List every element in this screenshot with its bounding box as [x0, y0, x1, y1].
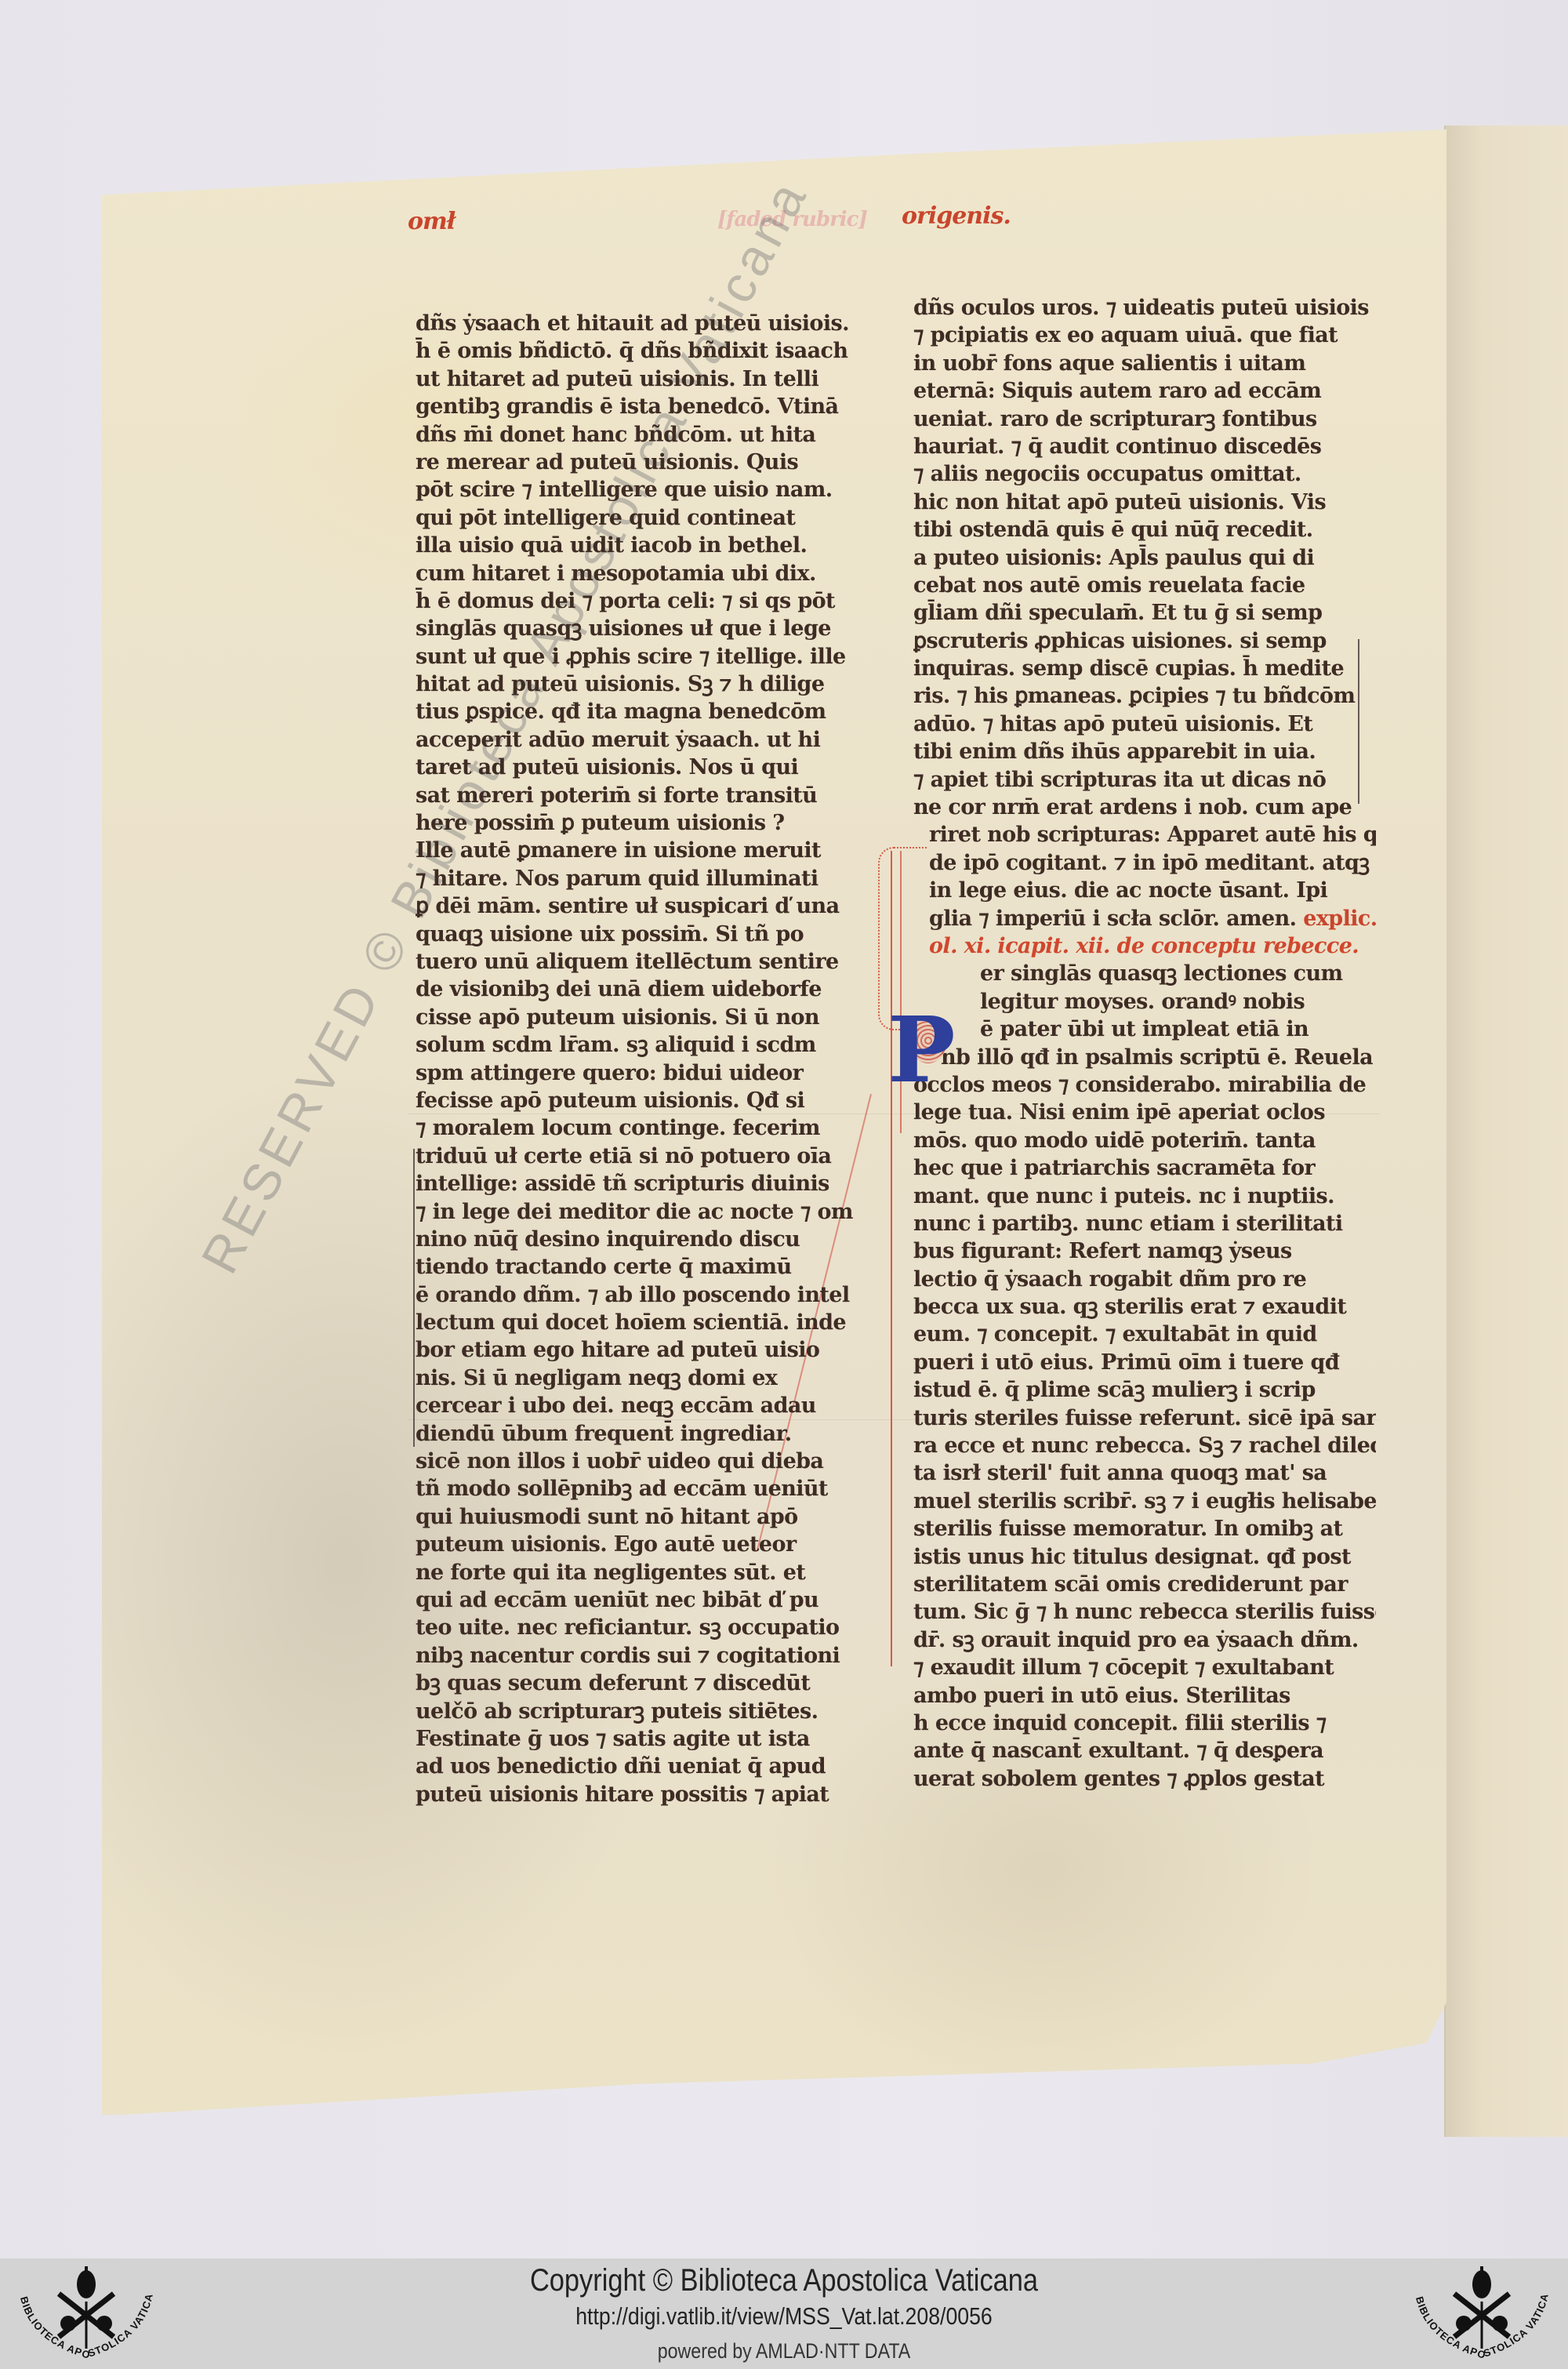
explicit-rubric: explic.	[1303, 907, 1376, 931]
text-line: cebat nos autē omis reuelata facie	[913, 572, 1376, 599]
text-line: ⁊ apiet tibi scripturas ita ut dicas nō	[913, 766, 1376, 794]
text-line: in lege eius. die ac nocte ūsant. Ipi	[913, 877, 1376, 904]
text-line: a puteo uisionis: Apl̄s paulus qui di	[913, 544, 1376, 572]
text-line: ueniat. raro de scripturarꝫ fontibus	[913, 405, 1376, 433]
text-line: bor etiam ego hitare ad puteū uisio	[416, 1336, 870, 1364]
margin-bracket-left	[413, 1149, 415, 1447]
text-line: quaqꝫ uisione uix possim̄. Si tñ po	[416, 921, 870, 948]
running-head-right: origenis.	[902, 202, 1011, 230]
text-line: hic non hitat apō puteū uisionis. Vis	[913, 489, 1376, 516]
text-line: dñs ẏsaach et hitauit ad puteū uisiois.	[416, 310, 870, 337]
text-line: sicē non illos i uobr̄ uideo qui dieba	[416, 1448, 870, 1475]
text-line: spm attingere quero: bidui uideor	[416, 1059, 870, 1087]
text-line: eternā: Siquis autem raro ad eccām	[913, 377, 1376, 405]
text-line: ē orando dñm. ⁊ ab illo poscendo intel	[416, 1281, 870, 1309]
text-line: ⁊ moralem locum continge. fecerim	[416, 1114, 870, 1142]
text-line: ne forte qui ita negligentes sūt. et	[416, 1559, 870, 1586]
text-line: ut hitaret ad puteū uisionis. In telli	[416, 365, 870, 393]
text-line: tius ꝑspice. qđ ita magna benedcōm	[416, 698, 870, 725]
text-line: dr̄. sꝫ orauit inquid pro ea ẏsaach dñm.	[913, 1626, 1376, 1654]
text-line: pōt scire ⁊ intelligere que uisio nam.	[416, 476, 870, 503]
text-line: solum scdm lr̄am. sꝫ aliquid i scdm	[416, 1031, 870, 1059]
vatican-library-seal-right: BIBLIOTECA APOSTOLICA VATICANA	[1399, 2262, 1564, 2364]
text-line: nunc i partibꝫ. nunc etiam i sterilitati	[913, 1210, 1376, 1237]
text-line: nibꝫ nacentur cordis sui ⁊ cogitationi	[416, 1642, 870, 1670]
text-line: acceperit adūo meruit ẏsaach. ut hi	[416, 726, 870, 754]
text-line: riret nob scripturas: Apparet autē his q	[913, 821, 1376, 848]
text-line: ambo pueri in utō eius. Sterilitas	[913, 1682, 1376, 1710]
text-line: taret ad puteū uisionis. Nos ū qui	[416, 754, 870, 781]
text-line: lectio q̄ ẏsaach rogabit dñm pro re	[913, 1266, 1376, 1293]
text-line: uerat sobolem gentes ⁊ ꝓplos gestat	[913, 1765, 1376, 1793]
text-line: turis steriles fuisse referunt. sicē ipā…	[913, 1404, 1376, 1432]
text-line: ra ecce et nunc rebecca. Sꝫ ⁊ rachel dil…	[913, 1432, 1376, 1459]
text-line: uelčō ab scripturarꝫ puteis sitiētes.	[416, 1698, 870, 1725]
text-line: in uobr̄ fons aque salientis i uitam	[913, 350, 1376, 377]
text-line: mant. que nunc i puteis. nc i nuptiis.	[913, 1183, 1376, 1210]
text-line: eum. ⁊ concepit. ⁊ exultabāt in quid	[913, 1321, 1376, 1348]
text-line: lege tua. Nisi enim ipē aperiat oclos	[913, 1099, 1376, 1126]
text-line: istis unus hic titulus designat. qđ post	[913, 1543, 1376, 1571]
text-line: bꝫ quas secum deferunt ⁊ discedūt	[416, 1670, 870, 1697]
text-line: bus figurant: Refert namqꝫ ẏseus	[913, 1237, 1376, 1265]
text-line: ē pater ūbi ut impleat etiā in	[913, 1016, 1376, 1043]
text-line: hitat ad puteū uisionis. Sꝫ ⁊ h dilige	[416, 670, 870, 698]
text-line: teo uite. nec reficiantur. sꝫ occupatio	[416, 1614, 870, 1641]
text-line: tñ modo sollēpnibꝫ ad eccām ueniūt	[416, 1475, 870, 1502]
copyright-footer: Copyright © Biblioteca Apostolica Vatica…	[0, 2258, 1568, 2369]
text-line: dñs m̄i donet hanc bñdcōm. ut hita	[416, 421, 870, 449]
text-line: h ecce inquid concepit. filii sterilis ⁊	[913, 1710, 1376, 1737]
text-line: ad uos benedictio dñi ueniat q̄ apud	[416, 1753, 870, 1780]
text-line: gentibꝫ grandis ē ista benedcō. Vtinā	[416, 393, 870, 420]
text-line: qui huiusmodi sunt nō hitant apō	[416, 1503, 870, 1531]
text-line: ris. ⁊ his ꝑmaneas. ꝑcipies ⁊ tu bñdcōm	[913, 682, 1376, 710]
papal-arms-icon: BIBLIOTECA APOSTOLICA VATICANA	[1399, 2262, 1564, 2364]
text-line: tuero unū aliquem itellēctum sentire	[416, 948, 870, 976]
text-line: ⁊ in lege dei meditor die ac nocte ⁊ om	[416, 1198, 870, 1226]
text-line: ne cor nrm̄ erat ardens i nob. cum ape	[913, 794, 1376, 821]
text-line-end: glia ⁊ imperiū i scła sclōr. amen.	[929, 907, 1296, 931]
text-line: ⁊ pcipiatis ex eo aquam uiuā. que fiat	[913, 322, 1376, 349]
text-line: re merear ad puteū uisionis. Quis	[416, 449, 870, 476]
text-line: lectum qui docet hoīem scientiā. inde	[416, 1309, 870, 1336]
text-line: mōs. quo modo uidē poterim̄. tanta	[913, 1127, 1376, 1154]
text-line: dñs oculos uros. ⁊ uideatis puteū uisioi…	[913, 294, 1376, 322]
text-line: adūo. ⁊ hitas apō puteū uisionis. Et	[913, 710, 1376, 738]
text-line: ꝑscruteris ꝓphicas uisiones. si semp	[913, 627, 1376, 655]
footer-powered-by: powered by AMLAD·NTT DATA	[110, 2339, 1458, 2364]
text-line: h̄ ē omis bñdictō. q̄ dñs bñdixit isaach	[416, 337, 870, 365]
text-line: cercear i ubo dei. neqꝫ eccām adau	[416, 1392, 870, 1419]
text-line: diendū ūbum frequent̄ ingrediar.	[416, 1420, 870, 1448]
text-line: ⁊ aliis negociis occupatus omittat.	[913, 460, 1376, 488]
text-line: sterilitatem scāi omis crediderunt par	[913, 1571, 1376, 1598]
text-line: ⁊ exaudit illum ⁊ cōcepit ⁊ exultabant	[913, 1654, 1376, 1681]
text-line: intellige: assidē tñ scripturis diuinis	[416, 1170, 870, 1197]
text-line: nb illō qđ in psalmis scriptū ē. Reuela	[913, 1044, 1376, 1071]
footer-copyright-title: Copyright © Biblioteca Apostolica Vatica…	[110, 2263, 1458, 2298]
running-head-left: omł	[408, 208, 455, 235]
text-line: tum. Sic ḡ ⁊ h nunc rebecca sterilis fui…	[913, 1598, 1376, 1626]
vatican-library-seal-left: BIBLIOTECA APOSTOLICA VATICANA	[4, 2262, 169, 2364]
text-line: ante q̄ nascant̄ exultant. ⁊ q̄ desꝑera	[913, 1737, 1376, 1764]
text-line: becca ux sua. qꝫ sterilis erat ⁊ exaudit	[913, 1293, 1376, 1321]
text-line: sat mereri poterim̄ si forte transitū	[416, 782, 870, 809]
text-line: Festinate ḡ uos ⁊ satis agite ut ista	[416, 1725, 870, 1753]
text-line: sunt uł que i ꝓphis scire ⁊ itellige. il…	[416, 643, 870, 670]
text-line: tiendo tractando certe q̄ maximū	[416, 1253, 870, 1281]
text-line: qui ad eccām ueniūt nec bibāt ď pu	[416, 1586, 870, 1614]
text-line: singlās quasqꝫ uisiones uł que i lege	[416, 615, 870, 642]
papal-arms-icon: BIBLIOTECA APOSTOLICA VATICANA	[4, 2262, 169, 2364]
chapter-rubric: ol. xi. icapit. xii. de conceptu rebecce…	[913, 932, 1376, 960]
text-line: de visionibꝫ dei unā diem uideborfe	[416, 976, 870, 1003]
text-line: hauriat. ⁊ q̄ audit continuo discedēs	[913, 433, 1376, 460]
text-line: glia ⁊ imperiū i scła sclōr. amen. expli…	[913, 905, 1376, 932]
text-column-left: dñs ẏsaach et hitauit ad puteū uisiois. …	[416, 310, 870, 1808]
decorated-initial: P	[887, 1008, 954, 1094]
text-line: triduū uł certe etiā si nō potuero oīa	[416, 1143, 870, 1170]
text-line: inquiras. semp discē cupias. h̄ medite	[913, 655, 1376, 682]
text-line: pueri i utō eius. Primū oīm i tuere qđ	[913, 1349, 1376, 1376]
text-line: gl̄iam dñi speculam̄. Et tu ḡ si semp	[913, 599, 1376, 627]
text-line: puteum uisionis. Ego autē ueteor	[416, 1531, 870, 1558]
facing-page-edge: ŋ	[1444, 125, 1568, 2137]
text-line: istud ē. q̄ plime scāꝫ mulierꝫ i scrip	[913, 1376, 1376, 1404]
text-line: cisse apō puteum uisionis. Si ū non	[416, 1004, 870, 1031]
text-line: de ipō cogitant. ⁊ in ipō meditant. atqꝫ	[913, 849, 1376, 877]
text-line: qui pōt intelligere quid contineat	[416, 504, 870, 532]
text-column-right: dñs oculos uros. ⁊ uideatis puteū uisioi…	[913, 294, 1376, 1793]
text-line: legitur moyses. orandꝰ nobis	[913, 988, 1376, 1016]
text-line: here possim̄ ꝑ puteum uisionis ?	[416, 809, 870, 837]
text-line: Ille autē ꝑmanere in uisione meruit	[416, 837, 870, 864]
text-line: nis. Si ū negligam neqꝫ domi ex	[416, 1364, 870, 1392]
text-line: tibi enim dñs ihūs apparebit in uia.	[913, 738, 1376, 765]
text-line: illa uisio quā uidit iacob in bethel.	[416, 532, 870, 559]
text-line: cum hitaret i mesopotamia ubi dix.	[416, 560, 870, 587]
text-line: occlos meos ⁊ considerabo. mirabilia de	[913, 1071, 1376, 1099]
text-line: fecisse apō puteum uisionis. Qđ si	[416, 1087, 870, 1114]
text-line: ꝑ dēi mām. sentire uł suspicari ď una	[416, 892, 870, 920]
text-line: hec que i patriarchis sacramēta for	[913, 1154, 1376, 1182]
text-line: sterilis fuisse memoratur. In omibꝫ at	[913, 1515, 1376, 1542]
text-line: muel sterilis scribr̄. sꝫ ⁊ i eugł̄is he…	[913, 1488, 1376, 1515]
text-line: er singlās quasqꝫ lectiones cum	[913, 960, 1376, 987]
text-line: ⁊ hitare. Nos parum quid illuminati	[416, 865, 870, 892]
footer-url[interactable]: http://digi.vatlib.it/view/MSS_Vat.lat.2…	[110, 2302, 1458, 2331]
text-line: puteū uisionis hitare possitis ⁊ apiat	[416, 1781, 870, 1808]
text-line: tibi ostendā quis ē qui nūq̄ recedit.	[913, 516, 1376, 543]
text-line: nino nūq̄ desino inquirendo discu	[416, 1226, 870, 1253]
text-line: h̄ ē domus dei ⁊ porta celi: ⁊ si qs pōt	[416, 587, 870, 615]
text-line: ta isrł steril' fuit anna quoqꝫ mat' sa	[913, 1459, 1376, 1487]
